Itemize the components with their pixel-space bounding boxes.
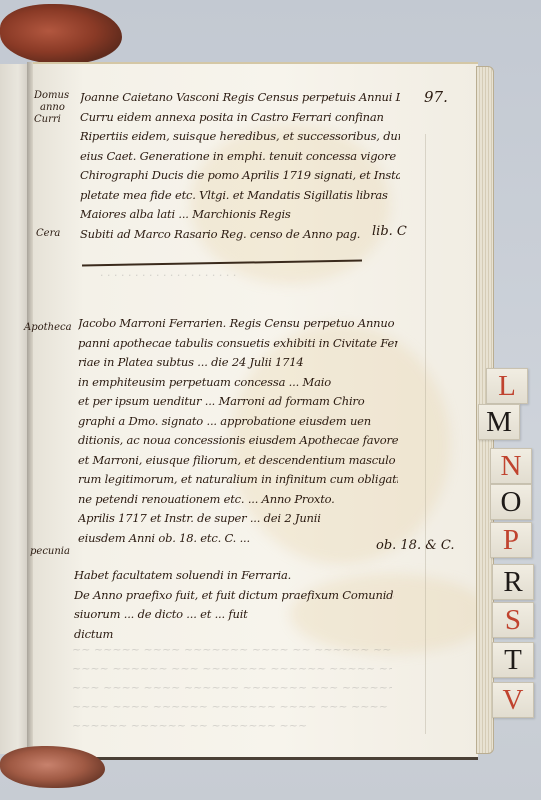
bleed-through-text: · · · · · · · · · · · · · · · · · · · · [100,266,236,285]
margin-label-cera: Cera [36,228,60,240]
text-line: pletate mea fide etc. Vltgi. et Mandatis… [80,186,400,206]
text-line: Jacobo Marroni Ferrarien. Regis Censu pe… [78,314,398,334]
entry-3-text: Habet facultatem soluendi in Ferraria. D… [74,566,394,644]
text-line: riae in Platea subtus ... die 24 Julii 1… [78,353,398,373]
entry-2-text: Jacobo Marroni Ferrarien. Regis Censu pe… [78,314,398,548]
index-tab-p[interactable]: P [490,522,532,558]
book-gutter [27,62,33,755]
index-tab-r[interactable]: R [492,564,534,600]
index-tab-l[interactable]: L [486,368,528,404]
margin-label-domus: Domus anno Curri [34,90,69,126]
margin-label-apotheca: Apotheca [24,322,72,334]
text-line: ne petendi renouationem etc. ... Anno Pr… [78,490,398,510]
text-line: panni apothecae tabulis consuetis exhibi… [78,334,398,354]
margin-rule [425,134,426,734]
index-tab-t[interactable]: T [492,642,534,678]
text-line: Maiores alba lati ... Marchionis Regis [80,205,400,225]
bleed-through-text: ~~ ~~~~~ ~~~~ ~~~~~~~ ~~~~ ~~ ~~~~~~ ~~~… [72,640,392,735]
text-line: in emphiteusim perpetuam concessa ... Ma… [78,373,398,393]
text-line: Subiti ad Marco Rasario Reg. censo de An… [80,225,400,245]
text-line: Ripertiis eidem, suisque heredibus, et s… [80,127,400,147]
index-tab-o[interactable]: O [490,484,532,520]
text-line: eius Caet. Generatione in emphi. tenuit … [80,147,400,167]
text-line: Aprilis 1717 et Instr. de super ... dei … [78,509,398,529]
silk-tassel-bottom [0,746,105,788]
text-line: Habet facultatem soluendi in Ferraria. [74,566,394,586]
amount-entry-2: ob. 18. & C. [376,538,455,553]
folio-number: 97. [424,88,448,106]
index-tab-m[interactable]: M [478,404,520,440]
text-line: De Anno praefixo fuit, et fuit dictum pr… [74,586,394,606]
index-tab-s[interactable]: S [492,602,534,638]
text-line: ditionis, ac noua concessionis eiusdem A… [78,431,398,451]
margin-word: Domus [34,90,69,102]
left-page-edge [0,64,30,754]
text-line: Chirographi Ducis die pomo Aprilis 1719 … [80,166,400,186]
text-line: graphi a Dmo. signato ... approbatione e… [78,412,398,432]
text-line: et Marroni, eiusque filiorum, et descend… [78,451,398,471]
text-line: eiusdem Anni ob. 18. etc. C. ... [78,529,398,549]
text-line: rum legitimorum, et naturalium in infini… [78,470,398,490]
text-line: Joanne Caietano Vasconi Regis Census per… [80,88,400,108]
margin-word: anno [34,102,69,114]
index-tab-v[interactable]: V [492,682,534,718]
index-tab-n[interactable]: N [490,448,532,484]
margin-word: Curri [34,114,69,126]
text-line: Curru eidem annexa posita in Castro Ferr… [80,108,400,128]
text-line: siuorum ... de dicto ... et ... fuit [74,605,394,625]
entry-1-text: Joanne Caietano Vasconi Regis Census per… [80,88,400,244]
amount-entry-1: lib. C [372,224,407,239]
text-line: et per ipsum uenditur ... Marroni ad for… [78,392,398,412]
margin-label-pecunia: pecunia [30,546,70,558]
